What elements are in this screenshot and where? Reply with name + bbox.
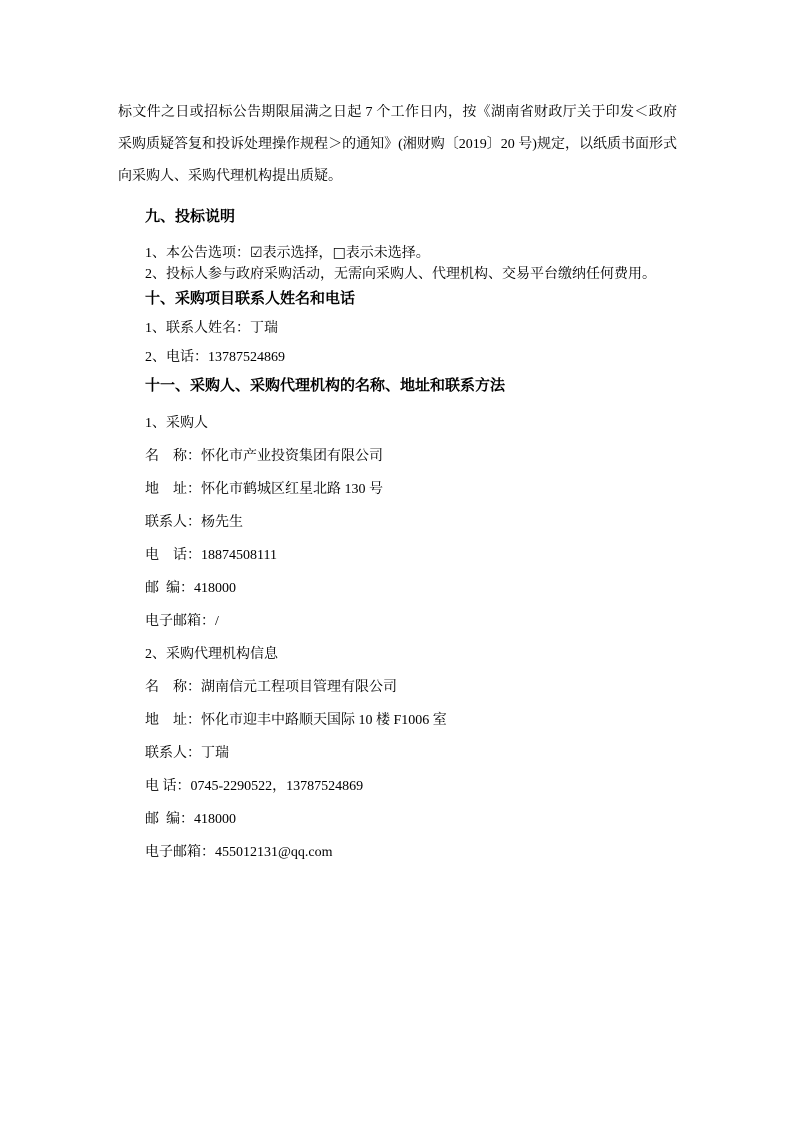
purchaser-postcode-label: 邮 编： [145, 581, 194, 596]
checked-checkbox-icon: ☑ [250, 245, 263, 261]
purchaser-title: 1、采购人 [145, 407, 677, 440]
agency-name-value: 湖南信元工程项目管理有限公司 [201, 680, 397, 695]
purchaser-email-value: / [215, 614, 219, 629]
agency-title: 2、采购代理机构信息 [145, 638, 677, 671]
purchaser-contact-person-value: 杨先生 [201, 515, 243, 530]
purchaser-name-row: 名 称：怀化市产业投资集团有限公司 [145, 440, 677, 473]
agency-address-row: 地 址：怀化市迎丰中路顺天国际 10 楼 F1006 室 [145, 704, 677, 737]
agency-email-row: 电子邮箱：455012131@qq.com [145, 836, 677, 869]
project-contact-phone-value: 13787524869 [208, 350, 285, 365]
bid-note-1: 1、本公告选项：☑表示选择，□表示未选择。 [145, 243, 677, 264]
agency-name-label: 名 称： [145, 680, 201, 695]
bid-note-1-prefix: 1、本公告选项： [145, 246, 250, 261]
intro-paragraph: 标文件之日或招标公告期限届满之日起 7 个工作日内，按《湖南省财政厅关于印发＜政… [118, 97, 677, 193]
agency-address-label: 地 址： [145, 713, 201, 728]
purchaser-name-value: 怀化市产业投资集团有限公司 [201, 449, 383, 464]
purchaser-postcode-row: 邮 编：418000 [145, 572, 677, 605]
agency-email-value: 455012131@qq.com [215, 845, 333, 860]
agency-phone-value: 0745-2290522，13787524869 [191, 779, 364, 794]
document-page: 标文件之日或招标公告期限届满之日起 7 个工作日内，按《湖南省财政厅关于印发＜政… [0, 0, 793, 1122]
project-contact-phone-row: 2、电话：13787524869 [145, 343, 677, 372]
agency-postcode-label: 邮 编： [145, 812, 194, 827]
bid-note-1-unchecked-text: 表示未选择。 [346, 246, 430, 261]
purchaser-contact-person-label: 联系人： [145, 515, 201, 530]
section-heading-project-contact: 十、采购项目联系人姓名和电话 [145, 285, 677, 314]
section-heading-contact-info: 十一、采购人、采购代理机构的名称、地址和联系方法 [145, 372, 677, 401]
purchaser-email-row: 电子邮箱：/ [145, 605, 677, 638]
purchaser-address-label: 地 址： [145, 482, 201, 497]
purchaser-phone-row: 电 话：18874508111 [145, 539, 677, 572]
agency-postcode-row: 邮 编：418000 [145, 803, 677, 836]
purchaser-contact-person-row: 联系人：杨先生 [145, 506, 677, 539]
agency-contact-person-label: 联系人： [145, 746, 201, 761]
purchaser-phone-value: 18874508111 [201, 548, 277, 563]
purchaser-postcode-value: 418000 [194, 581, 236, 596]
agency-postcode-value: 418000 [194, 812, 236, 827]
section-heading-bid-notes: 九、投标说明 [145, 203, 677, 232]
purchaser-email-label: 电子邮箱： [145, 614, 215, 629]
project-contact-name-value: 丁瑞 [250, 321, 278, 336]
agency-address-value: 怀化市迎丰中路顺天国际 10 楼 F1006 室 [201, 713, 447, 728]
project-contact-phone-label: 2、电话： [145, 350, 208, 365]
agency-contact-person-row: 联系人：丁瑞 [145, 737, 677, 770]
agency-contact-person-value: 丁瑞 [201, 746, 229, 761]
bid-note-2: 2、投标人参与政府采购活动，无需向采购人、代理机构、交易平台缴纳任何费用。 [145, 264, 677, 285]
bid-note-1-checked-text: 表示选择， [263, 246, 333, 261]
agency-email-label: 电子邮箱： [145, 845, 215, 860]
agency-phone-label: 电 话： [145, 779, 191, 794]
purchaser-name-label: 名 称： [145, 449, 201, 464]
purchaser-address-row: 地 址：怀化市鹤城区红星北路 130 号 [145, 473, 677, 506]
purchaser-phone-label: 电 话： [145, 548, 201, 563]
agency-phone-row: 电 话：0745-2290522，13787524869 [145, 770, 677, 803]
project-contact-name-label: 1、联系人姓名： [145, 321, 250, 336]
unchecked-checkbox-icon: □ [333, 245, 346, 261]
purchaser-address-value: 怀化市鹤城区红星北路 130 号 [201, 482, 383, 497]
agency-name-row: 名 称：湖南信元工程项目管理有限公司 [145, 671, 677, 704]
project-contact-name-row: 1、联系人姓名：丁瑞 [145, 314, 677, 343]
